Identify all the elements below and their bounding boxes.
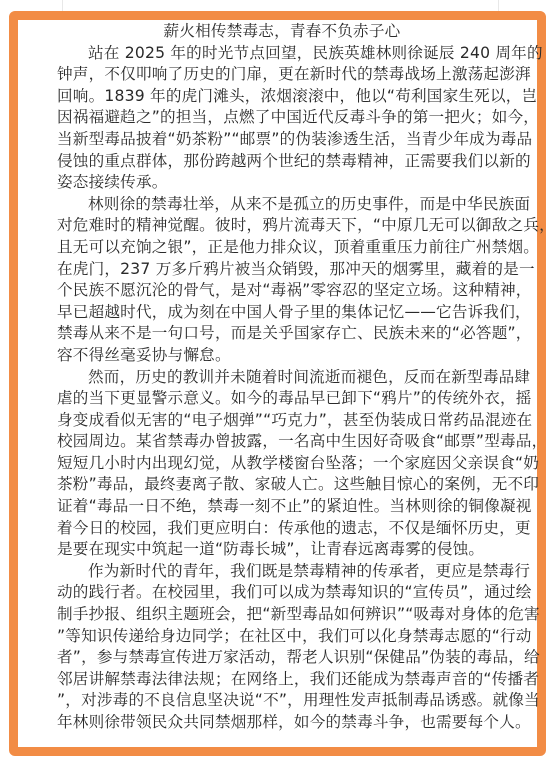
text-line: 林则徐的禁毒壮举，从来不是孤立的历史事件，而是中华民族面 <box>57 194 497 216</box>
paragraph-2: 林则徐的禁毒壮举，从来不是孤立的历史事件，而是中华民族面 对危难时的精神觉醒。彼… <box>57 194 497 367</box>
text-line: 着今日的校园，我们更应明白：传承他的遗志，不仅是缅怀历史，更 <box>57 518 497 540</box>
text-line: 回响。1839 年的虎门滩头，浓烟滚滚中，他以“苟利国家生死以，岂 <box>57 86 497 108</box>
text-line: 年林则徐带领民众共同禁烟那样，如今的禁毒斗争，也需要每个人。 <box>57 712 497 734</box>
text-line: 早已超越时代，成为刻在中国人骨子里的集体记忆——它告诉我们， <box>57 302 497 324</box>
text-line: 对危难时的精神觉醒。彼时，鸦片流毒天下，“中原几无可以御敌之兵， <box>57 215 497 237</box>
paragraph-4: 作为新时代的青年，我们既是禁毒精神的传承者，更应是禁毒行 动的践行者。在校园里，… <box>57 561 497 734</box>
text-line: 禁毒从来不是一句口号，而是关乎国家存亡、民族未来的“必答题”， <box>57 323 497 345</box>
paragraph-3: 然而，历史的教训并未随着时间流逝而褪色，反而在新型毒品肆 虐的当下更显警示意义。… <box>57 367 497 561</box>
text-line: 制手抄报、组织主题班会，把“新型毒品如何辨识”“吸毒对身体的危害 <box>57 604 497 626</box>
text-line: 然而，历史的教训并未随着时间流逝而褪色，反而在新型毒品肆 <box>57 367 497 389</box>
text-line: 姿态接续传承。 <box>57 172 497 194</box>
document-title: 薪火相传禁毒志，青春不负赤子心 <box>57 21 497 43</box>
paragraph-1: 站在 2025 年的时光节点回望，民族英雄林则徐诞辰 240 周年的 钟声，不仅… <box>57 43 497 194</box>
text-line: 虐的当下更显警示意义。如今的毒品早已卸下“鸦片”的传统外衣，摇 <box>57 388 497 410</box>
text-line: 且无可以充饷之银”，正是他力排众议，顶着重重压力前往广州禁烟。 <box>57 237 497 259</box>
text-line: 侵蚀的重点群体，那份跨越两个世纪的禁毒精神，正需要我们以新的 <box>57 151 497 173</box>
text-line: 证着“毒品一日不绝，禁毒一刻不止”的紧迫性。当林则徐的铜像凝视 <box>57 496 497 518</box>
text-line: 站在 2025 年的时光节点回望，民族英雄林则徐诞辰 240 周年的 <box>57 43 497 65</box>
text-line: 当新型毒品披着“奶茶粉”“邮票”的伪装渗透生活，当青少年成为毒品 <box>57 129 497 151</box>
text-line: 邻居讲解禁毒法律法规；在网络上，我们还能成为禁毒声音的“传播者 <box>57 669 497 691</box>
text-line: 身变成看似无害的“电子烟弹”“巧克力”，甚至伪装成日常药品混迹在 <box>57 410 497 432</box>
text-line: 因祸福避趋之”的担当，点燃了中国近代反毒斗争的第一把火；如今， <box>57 107 497 129</box>
text-line: 是要在现实中筑起一道“防毒长城”，让青春远离毒雾的侵蚀。 <box>57 539 497 561</box>
text-line: ”等知识传递给身边同学；在社区中，我们可以化身禁毒志愿的“行动 <box>57 626 497 648</box>
text-line: 钟声，不仅叩响了历史的门扉，更在新时代的禁毒战场上激荡起澎湃 <box>57 64 497 86</box>
text-line: 短短几小时内出现幻觉，从教学楼窗台坠落；一个家庭因父亲误食“奶 <box>57 453 497 475</box>
text-line: 茶粉”毒品，最终妻离子散、家破人亡。这些触目惊心的案例，无不印 <box>57 474 497 496</box>
text-line: 个民族不愿沉沦的骨气，是对“毒祸”零容忍的坚定立场。这种精神， <box>57 280 497 302</box>
text-line: 在虎门，237 万多斤鸦片被当众销毁，那冲天的烟雾里，藏着的是一 <box>57 259 497 281</box>
text-line: 动的践行者。在校园里，我们可以成为禁毒知识的“宣传员”，通过绘 <box>57 582 497 604</box>
text-line: 校园周边。某省禁毒办曾披露，一名高中生因好奇吸食“邮票”型毒品， <box>57 431 497 453</box>
document-body: 薪火相传禁毒志，青春不负赤子心 站在 2025 年的时光节点回望，民族英雄林则徐… <box>57 11 497 734</box>
text-line: 容不得丝毫妥协与懈怠。 <box>57 345 497 367</box>
text-line: 作为新时代的青年，我们既是禁毒精神的传承者，更应是禁毒行 <box>57 561 497 583</box>
text-line: 者”，参与禁毒宣传进万家活动，帮老人识别“保健品”伪装的毒品，给 <box>57 647 497 669</box>
text-line: ”，对涉毒的不良信息坚决说“不”，用理性发声抵制毒品诱惑。就像当 <box>57 690 497 712</box>
